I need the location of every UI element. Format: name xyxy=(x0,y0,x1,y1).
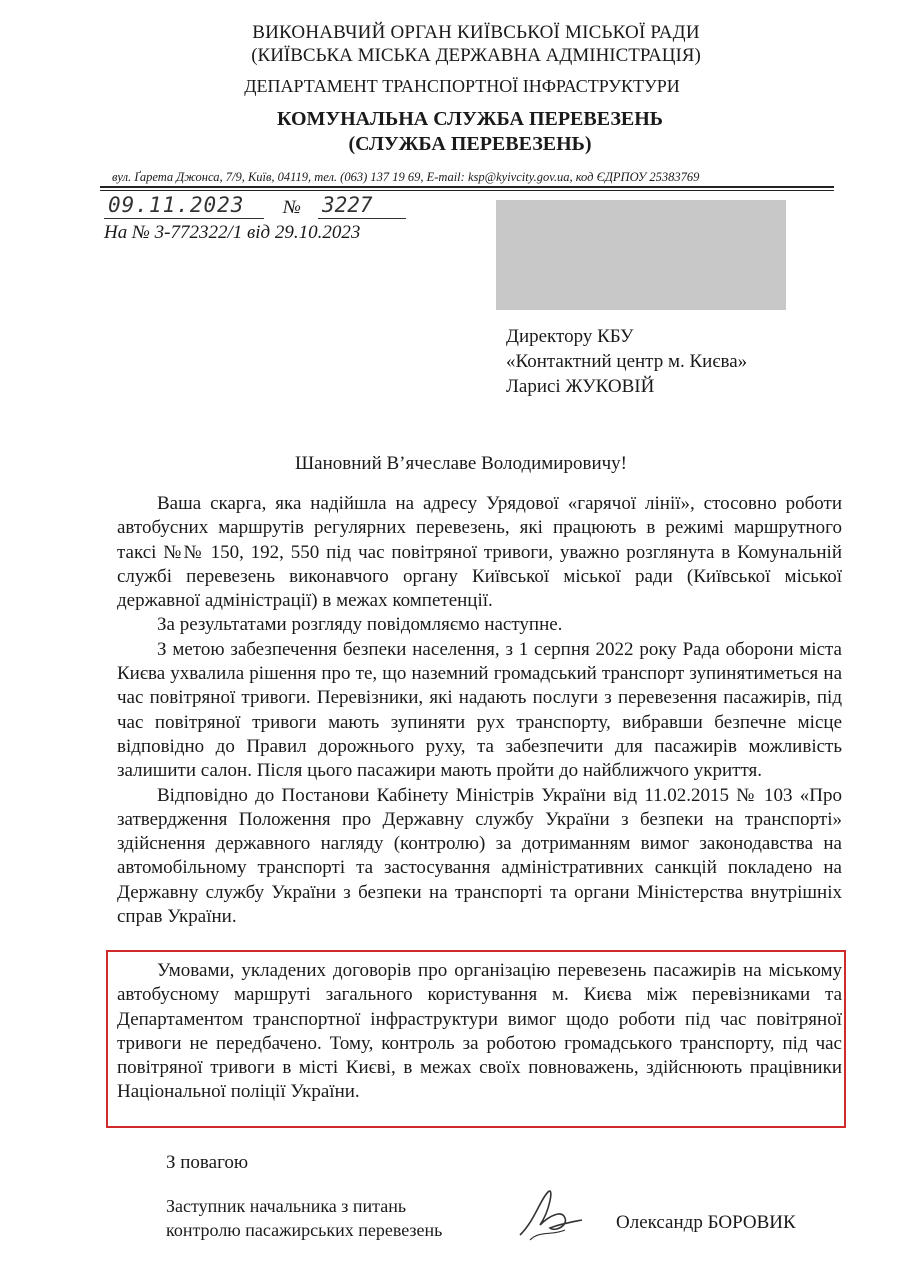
number-underline xyxy=(318,218,406,219)
signer-title: Заступник начальника з питань контролю п… xyxy=(166,1194,442,1242)
letterhead-org-name: КОМУНАЛЬНА СЛУЖБА ПЕРЕВЕЗЕНЬ xyxy=(18,108,904,131)
signer-title-line2: контролю пасажирських перевезень xyxy=(166,1218,442,1242)
outgoing-number: 3227 xyxy=(322,193,373,217)
reference-number: На № 3-772322/1 від 29.10.2023 xyxy=(104,222,360,244)
paragraph-complaint: Ваша скарга, яка надійшла на адресу Уряд… xyxy=(117,492,842,613)
highlighted-paragraph-wrap: Умовами, укладених договорів про організ… xyxy=(117,959,842,1105)
letterhead-department: ДЕПАРТАМЕНТ ТРАНСПОРТНОЇ ІНФРАСТРУКТУРИ xyxy=(10,76,904,97)
header-divider xyxy=(100,186,834,188)
letterhead-line1: ВИКОНАВЧИЙ ОРГАН КИЇВСЬКОЇ МІСЬКОЇ РАДИ xyxy=(24,22,904,44)
letterhead-address: вул. Ґарета Джонса, 7/9, Київ, 04119, те… xyxy=(112,170,699,185)
outgoing-date: 09.11.2023 xyxy=(108,193,244,217)
greeting: Шановний В’ячеславе Володимировичу! xyxy=(0,453,904,475)
signer-title-line1: Заступник начальника з питань xyxy=(166,1194,442,1218)
closing: З повагою xyxy=(166,1152,248,1174)
paragraph-regulation: Відповідно до Постанови Кабінету Міністр… xyxy=(117,784,842,930)
header-divider-thin xyxy=(100,190,834,191)
signature-icon xyxy=(510,1180,590,1250)
letterhead-org-short: (СЛУЖБА ПЕРЕВЕЗЕНЬ) xyxy=(18,133,904,156)
addressee-line2: «Контактний центр м. Києва» xyxy=(506,351,747,373)
number-sign: № xyxy=(283,197,301,219)
paragraph-safety: З метою забезпечення безпеки населення, … xyxy=(117,638,842,784)
paragraph-results: За результатами розгляду повідомляємо на… xyxy=(117,613,842,637)
paragraph-contracts: Умовами, укладених договорів про організ… xyxy=(117,959,842,1105)
date-underline xyxy=(104,218,264,219)
signer-name: Олександр БОРОВИК xyxy=(616,1212,796,1234)
redacted-block xyxy=(496,200,786,310)
addressee-line1: Директору КБУ xyxy=(506,326,633,348)
addressee-line3: Ларисі ЖУКОВІЙ xyxy=(506,376,654,398)
letter-body: Ваша скарга, яка надійшла на адресу Уряд… xyxy=(117,492,842,929)
letterhead-line2: (КИЇВСЬКА МІСЬКА ДЕРЖАВНА АДМІНІСТРАЦІЯ) xyxy=(24,45,904,67)
